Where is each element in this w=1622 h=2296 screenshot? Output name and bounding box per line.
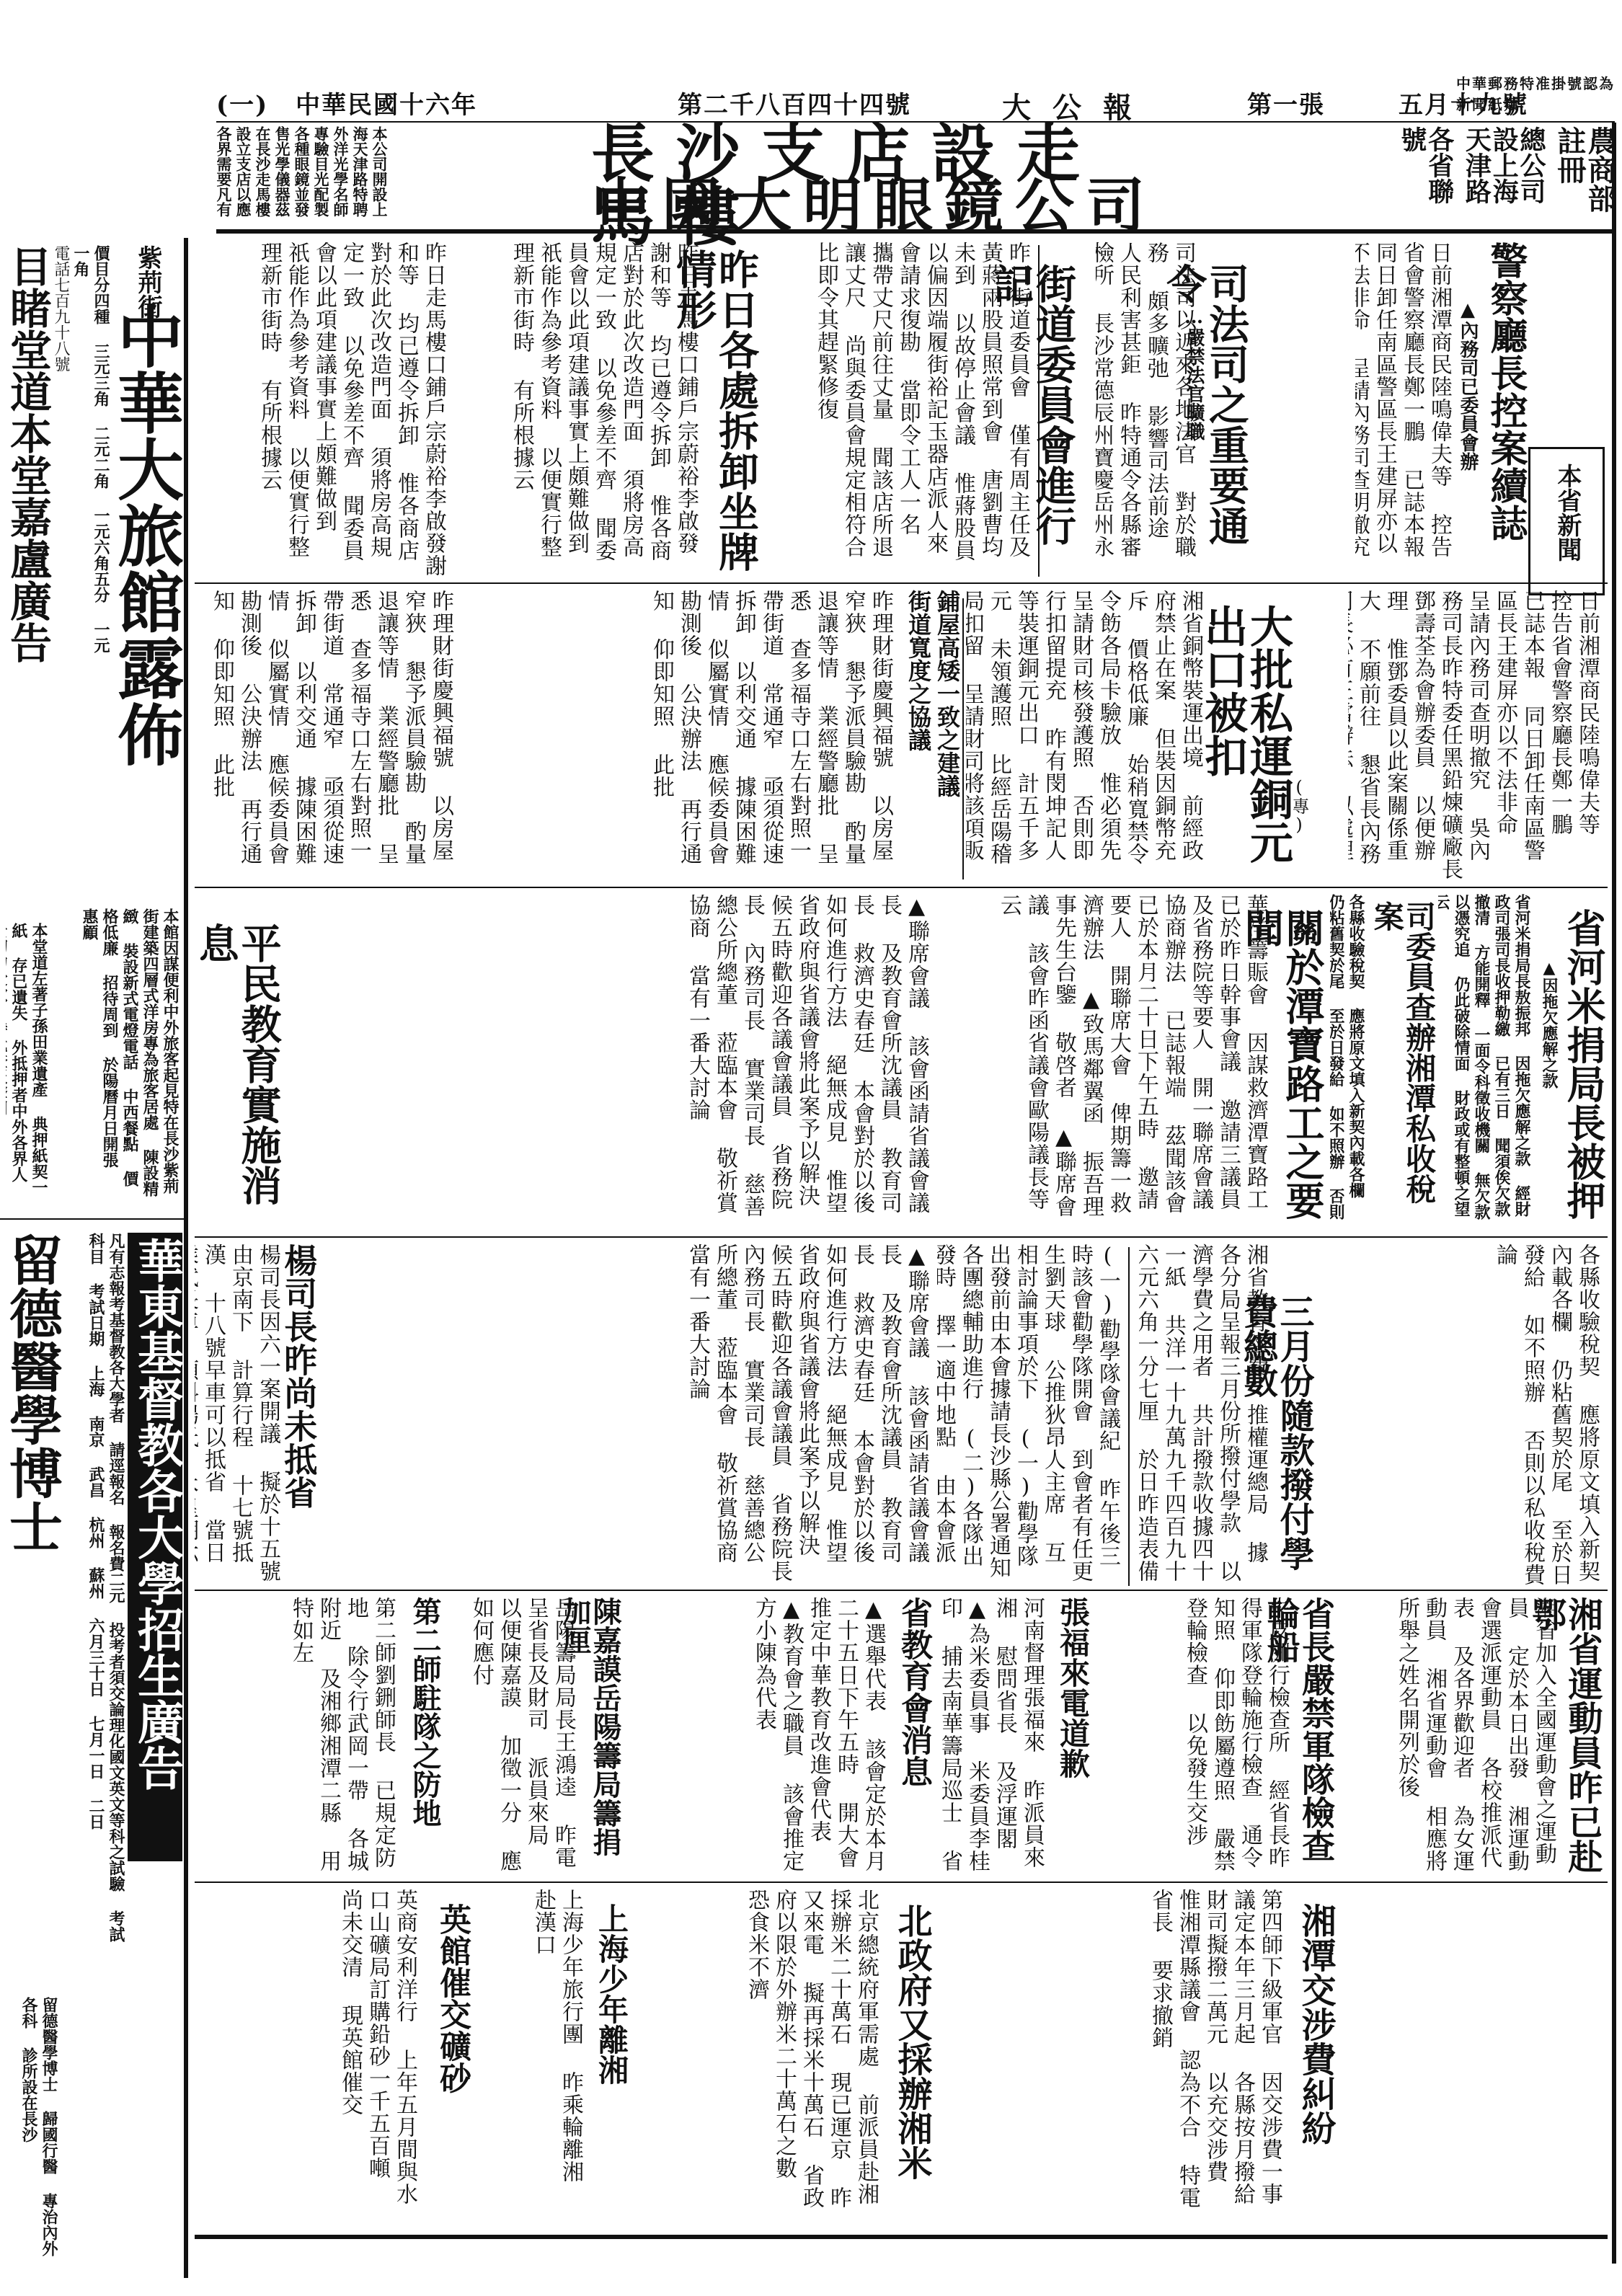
article-body: 湘省教育經費 推權運總局 據各分局呈報三月份所撥付學款 以濟學費之用者 共計撥款… — [1139, 1244, 1269, 1582]
article-title: 張福來電道歉 — [1057, 1597, 1089, 1778]
article-body: 湘省銅幣裝運出境 前經政府禁止在案 但裝因銅幣充斥 價格低廉 始稍寬禁令 令飭各… — [966, 590, 1204, 878]
article-body: 湘省加入全國運動會之運動員 定於本日出發 湘運動會選派運動員 各校推派代表 及各… — [1341, 1597, 1557, 1874]
article-body: ▲聯席會議 該會函請省議會議長 及教育會所沈議員 教育司長 救濟史春廷 本會對於… — [252, 894, 930, 1225]
article-rice-tax: 省河米捐局長被押 ▲因拖欠應解之款 省河米捐局長敖振邦 因拖欠應解之款 經財政司… — [1438, 894, 1604, 1233]
article-title: 警察廳長控案續誌 — [1485, 241, 1525, 541]
article-body: 岳陽籌局局長王鴻逵 昨電呈省長及財司 派員來局 以便陳嘉謨 加徵一分 應如何應付 — [447, 1597, 577, 1874]
article-title: 北政府又採辦湘米 — [894, 1903, 930, 2180]
ad-hotel-location: 紫荊街 — [130, 245, 166, 319]
article-title: 鋪屋高矮一致之建議 — [934, 590, 959, 797]
article-body: ▲選舉代表 該會定於本月二十五日下午五時 開大會 推定中華教育改進會代表 ▲教育… — [627, 1597, 887, 1874]
article-british-sand: 英館催交礦砂 英商安利洋行 上年五月間與水口山礦局訂購鉛砂一千五百噸 尚未交清 … — [195, 1889, 469, 2228]
ad-notice-title: 目睹堂道本堂嘉盧廣告 — [5, 245, 49, 894]
article-zhang-apology: 張福來電道歉 河南督理張福來 昨派員來湘 慰問省長 及浮運閣 ▲為米委員事 米委… — [937, 1597, 1089, 1878]
article-body: 昨日走馬樓口鋪戶宗蔚裕李啟發謝和等 均已遵令拆卸 惟各商店對於此次改造門面 須將… — [454, 241, 699, 573]
article-body: 楊司長因六一案開議 擬於十五號由京南下 計算行程 十七號抵漢 十八號早車可以抵省… — [195, 1244, 281, 1582]
article-yang-director: 楊司長昨尚未抵省 楊司長因六一案開議 擬於十五號由京南下 計算行程 十七號抵漢 … — [195, 1244, 930, 1586]
article-body — [1341, 1889, 1543, 2224]
ad-doctor: 留德醫學博士 留德醫學博士 歸國行醫 專治內外各科 診所設在長沙 — [0, 1233, 59, 2264]
article-demolition: 昨日各處拆卸坐牌情形 昨日走馬樓口鋪戶宗蔚裕李啟發謝和等 均已遵令拆卸 惟各商店… — [454, 241, 757, 577]
article-title: 湘潭交涉費糾紛 — [1298, 1903, 1334, 2145]
ad-hotel-title: 中華大旅館露佈 — [110, 303, 180, 767]
ad-hotel-phone: 電話七百九十八號 — [50, 245, 71, 372]
article-study-encourage: (一)勸學隊會議紀 昨午後三時該會勸學隊開會 到會者有任更生劉天球 公推狄昂人主… — [937, 1244, 1121, 1586]
article-second-div: 第二師駐隊之防地 第二師劉鉶師長 已規定防地 除令行武岡一帶 各城附近 及湘鄉湘… — [195, 1597, 440, 1878]
masthead-ad: 本公司開設上海天津路特聘外洋光學名師專驗目光配製各種眼鏡並發售光學儀器茲在長沙走… — [216, 126, 1615, 227]
article-title: 司委員查辦湘潭私收稅案 — [1371, 901, 1435, 1233]
ad-doctor-body: 留德醫學博士 歸國行醫 專治內外各科 診所設在長沙 — [1, 1997, 59, 2256]
ad-hotel: 中華大旅館露佈 紫荊街 電話七百九十八號 價目分四種 三元三角 二元二角 一元六… — [50, 245, 180, 1204]
article-body: 河南督理張福來 昨派員來湘 慰問省長 及浮運閣 ▲為米委員事 米委員李桂印 捕去… — [937, 1597, 1045, 1874]
article-title: 大批私運銅元出口被扣 — [1200, 604, 1290, 882]
article-title: 上海少年離湘 — [595, 1903, 627, 2085]
article-body: 昨日街道委員會 僅有周主任及黃蔣兩股員照常到會 唐劉曹均未到 以故停止會議 惟蔣… — [764, 241, 1031, 573]
article-subtitle: 街道寬度之協議 — [905, 590, 930, 751]
ad-hotel-body: 本館因謀便利中外旅客起見特在長沙紫荊街建築四層式洋房專為旅客居處 陳設精緻 裝設… — [50, 908, 180, 1197]
masthead-ad-left-text: 本公司開設上海天津路特聘外洋光學名師專驗目光配製各種眼鏡並發售光學儀器茲在長沙走… — [216, 126, 389, 223]
article-body: 上海少年旅行團 昨乘輪離湘 赴漢口 — [476, 1889, 584, 2224]
header-year: 中華民國十六年 — [296, 85, 477, 120]
ad-university-title: 華東基督教各大學招生廣告 — [128, 1233, 182, 1861]
ad-hotel-prices: 價目分四種 三元三角 二元二角 一元六角五分 一元一角 — [71, 245, 111, 663]
article-street-width: 鋪屋高矮一致之建議 街道寬度之協議 昨理財街慶興福號 以房屋窄狹 懇予派員驗勘 … — [461, 590, 959, 882]
article-yuezhou-boat: 省長嚴禁軍隊檢查輪船 牛皮洲行檢查所 經省長昨得軍隊登輪施行檢查 通令知照 仰即… — [1096, 1597, 1334, 1878]
article-sports: 湘省運動員昨已赴鄂 湘省加入全國運動會之運動員 定於本日出發 湘運動會選派運動員… — [1341, 1597, 1600, 1878]
column-label-box: 本省新聞 — [1528, 447, 1605, 595]
article-edu-assoc: 省教育會消息 ▲選舉代表 該會定於本月二十五日下午五時 開大會 推定中華教育改進… — [627, 1597, 930, 1878]
article-body: 日前湘潭商民陸鳴偉夫等 控告省會警察廳長鄭一鵬 已誌本報 同日卸任南區警區長王建… — [1355, 241, 1453, 573]
ad-university-body: 凡有志報考基督教各大學者 請逕報名 報名費二元 投考者須交論理化國文英文等科之試… — [61, 1233, 126, 1954]
header-page-no: (一) — [216, 85, 268, 120]
article-xiangbao-road: 關於潭寶路工之要聞 華洋籌賑會 因謀救濟潭寶路工 已於昨日幹事會議 邀請三議員及… — [937, 894, 1323, 1233]
article-judiciary: 司法司之重要通令 …嚴禁法官曠職 司法司以近來各地法官 對於職務 頗多曠弛 影響… — [1096, 241, 1348, 577]
article-demolition-cont: 昨日走馬樓口鋪戶宗蔚裕李啟發謝和等 均已遵令拆卸 惟各商店對於此次改造門面 須將… — [195, 241, 447, 577]
article-body: 昨理財街慶興福號 以房屋窄狹 懇予派員驗勘 酌量退讓等情 業經警廳批 呈悉 查多… — [461, 590, 894, 878]
article-prev-cont: 昨理財街慶興福號 以房屋窄狹 懇予派員驗勘 酌量退讓等情 業經警廳批 呈悉 查多… — [195, 590, 454, 882]
article-police-chief: 警察廳長控案續誌 ▲內務司已委員會辦 日前湘潭商民陸鳴偉夫等 控告省會警察廳長鄭… — [1355, 241, 1525, 577]
article-yuezhou-bureau: 陳嘉謨岳陽籌局籌捐加厘 岳陽籌局局長王鴻逵 昨電呈省長及財司 派員來局 以便陳嘉… — [447, 1597, 620, 1878]
article-xiangtan-dispute — [1341, 1889, 1600, 2228]
article-body: 各縣收驗稅契 應將原文填入新契內載各欄 仍粘舊契於尾 至於日發給 如不照辦 否則… — [1330, 894, 1366, 1225]
article-subtitle: ▲內務司已委員會辦 — [1455, 299, 1481, 471]
article-title: 省教育會消息 — [897, 1597, 930, 1787]
article-copper-smuggling: 大批私運銅元出口被扣 (專) 湘省銅幣裝運出境 前經政府禁止在案 但裝因銅幣充斥… — [966, 590, 1341, 882]
masthead-side-line-2: 總公司設上海天津路 — [1463, 126, 1544, 223]
article-body: 英商安利洋行 上年五月間與水口山礦局訂購鉛砂一千五百噸 尚未交清 現英館催交 — [195, 1889, 418, 2224]
article-body: 司法司以近來各地法官 對於職務 頗多曠弛 影響司法前途 人民利害甚鉅 昨特通令各… — [1096, 241, 1197, 573]
article-xiangtan-tax-cont: 各縣收驗稅契 應將原文填入新契內載各欄 仍粘舊契於尾 至於日發給 如不照辦 否則… — [1319, 1244, 1600, 1586]
article-civil-education: 平民教育實施消息 ▲聯席會議 該會函請省議會議長 及教育會所沈議員 教育司長 救… — [195, 894, 930, 1233]
article-title: 英館催交礦砂 — [435, 1903, 469, 2093]
article-xiangtan-tax: 司委員查辦湘潭私收稅案 各縣收驗稅契 應將原文填入新契內載各欄 仍粘舊契於尾 至… — [1330, 894, 1435, 1233]
article-body: (一)勸學隊會議紀 昨午後三時該會勸學隊開會 到會者有任更生劉天球 公推狄昂人主… — [937, 1244, 1121, 1582]
article-title: 省河米捐局長被押 — [1563, 908, 1604, 1220]
article-law-council: 湘潭交涉費糾紛 第四師下級軍官 因交涉費一事 議定本年三月起 各縣按月撥給 財司… — [937, 1889, 1334, 2228]
article-body: 華洋籌賑會 因謀救濟潭寶路工 已於昨日幹事會議 邀請三議員及省務院等要人 開一聯… — [937, 894, 1269, 1225]
masthead-side-ad: 農商部註冊 總公司設上海天津路 各省聯號 — [1341, 126, 1615, 223]
article-civil-edu-cont: ▲聯席會議 該會函請省議會議長 及教育會所沈議員 教育司長 救濟史春廷 本會對於… — [332, 1244, 930, 1582]
article-body: 第二師劉鉶師長 已規定防地 除令行武岡一帶 各城附近 及湘鄉湘潭二縣 用特如左 — [195, 1597, 396, 1874]
column-label: 本省新聞 — [1554, 464, 1579, 562]
ad-notice-body: 本堂道左著子孫田業遺產 典押紙契一紙 存已遺失 外抵押者中外各界人士切勿受欺 特… — [6, 923, 49, 1197]
article-street-committee: 街道委員會進行記 昨日街道委員會 僅有周主任及黃蔣兩股員照常到會 唐劉曹均未到 … — [764, 241, 1089, 577]
article-north-gov: 北政府又採辦湘米 北京總統府軍需處 前派員赴湘採辦米二十萬石 現已運京 昨又來電… — [634, 1889, 930, 2228]
article-police-chief-cont: 日前湘潭商民陸鳴偉夫等 控告省會警察廳長鄭一鵬 已誌本報 同日卸任南區警區長王建… — [1348, 590, 1600, 882]
header-issue-no: 第二千八百四十四號 — [678, 85, 911, 120]
masthead-side-line-1: 農商部註冊 — [1554, 126, 1615, 223]
ad-notice: 目睹堂道本堂嘉盧廣告 本堂道左著子孫田業遺產 典押紙契一紙 存已遺失 外抵押者中… — [0, 245, 49, 1204]
article-body: 北京總統府軍需處 前派員赴湘採辦米二十萬石 現已運京 昨又來電 擬再採米十萬石 … — [634, 1889, 879, 2224]
header-postal-note: 中華郵務特准掛號認為新聞紙類 — [1456, 72, 1622, 114]
article-shanghai-youth: 上海少年離湘 上海少年旅行團 昨乘輪離湘 赴漢口 — [476, 1889, 627, 2228]
masthead-line2: 中國大明眼鏡公司 — [591, 177, 1312, 236]
article-tag: (專) — [1287, 777, 1312, 835]
ad-university: 華東基督教各大學招生廣告 凡有志報考基督教各大學者 請逕報名 報名費二元 投考者… — [61, 1233, 182, 2264]
header-section: 第一張 — [1247, 85, 1325, 120]
ad-doctor-title: 留德醫學博士 — [3, 1233, 59, 1997]
article-body: 省河米捐局長敖振邦 因拖欠應解之款 經財政司張司長收押勒繳 已有三日 聞須俟欠款… — [1438, 894, 1532, 1225]
article-tax-remit: 三月份隨款撥付學費總數 湘省教育經費 推權運總局 據各分局呈報三月份所撥付學款 … — [1139, 1244, 1312, 1586]
article-body: 第四師下級軍官 因交涉費一事 議定本年三月起 各縣按月撥給 財司擬撥二萬元 以充… — [937, 1889, 1283, 2224]
article-title: 楊司長昨尚未抵省 — [281, 1244, 316, 1509]
masthead-side-line-3: 各省聯號 — [1398, 126, 1453, 223]
article-subtitle: ▲因拖欠應解之款 — [1538, 959, 1561, 1089]
article-title: 第二師駐隊之防地 — [409, 1597, 440, 1827]
article-body: 牛皮洲行檢查所 經省長昨得軍隊登輪施行檢查 通令知照 仰即飭屬遵照 嚴禁登輪檢查… — [1096, 1597, 1290, 1874]
